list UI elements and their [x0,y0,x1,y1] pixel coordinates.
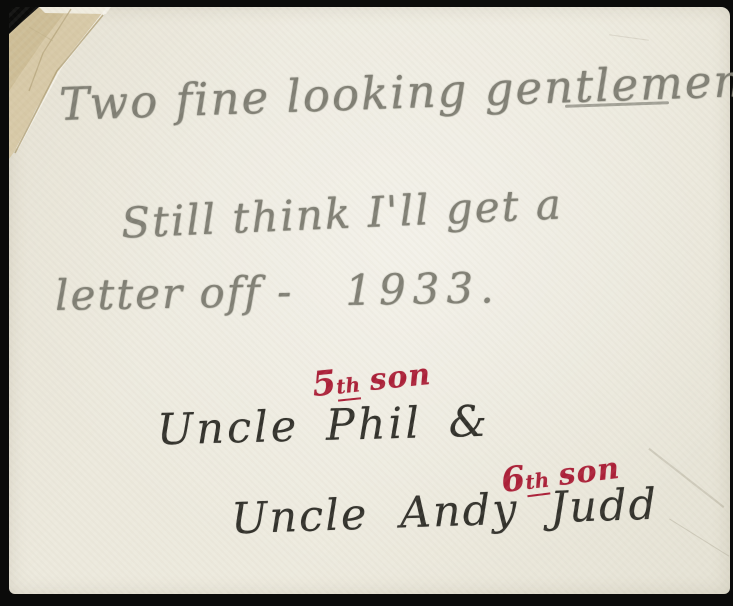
photo-paper: Two fine looking gentlemen !! Still thin… [9,7,730,594]
caption-line-2: Still think I'll get a [120,179,564,247]
photo-back-scan: Two fine looking gentlemen !! Still thin… [0,0,733,606]
name-uncle-phil: Uncle Phil & [156,397,490,456]
crease-line [669,519,729,557]
caption-line-3-text: letter off - [55,267,294,320]
crease-line [649,448,725,508]
year-label: 1933. [345,263,501,315]
fifth-son-ordinal: th [335,372,361,401]
name-uncle-andy-judd: Uncle Andy Judd [230,480,659,545]
fifth-son-number: 5 [310,363,338,405]
crease-line [609,34,649,41]
annotation-fifth-son: 5thson [310,353,433,405]
caption-line-1: Two fine looking gentlemen !! [58,52,733,131]
fifth-son-word: son [368,357,433,398]
caption-line-3: letter off -1933. [55,263,501,320]
